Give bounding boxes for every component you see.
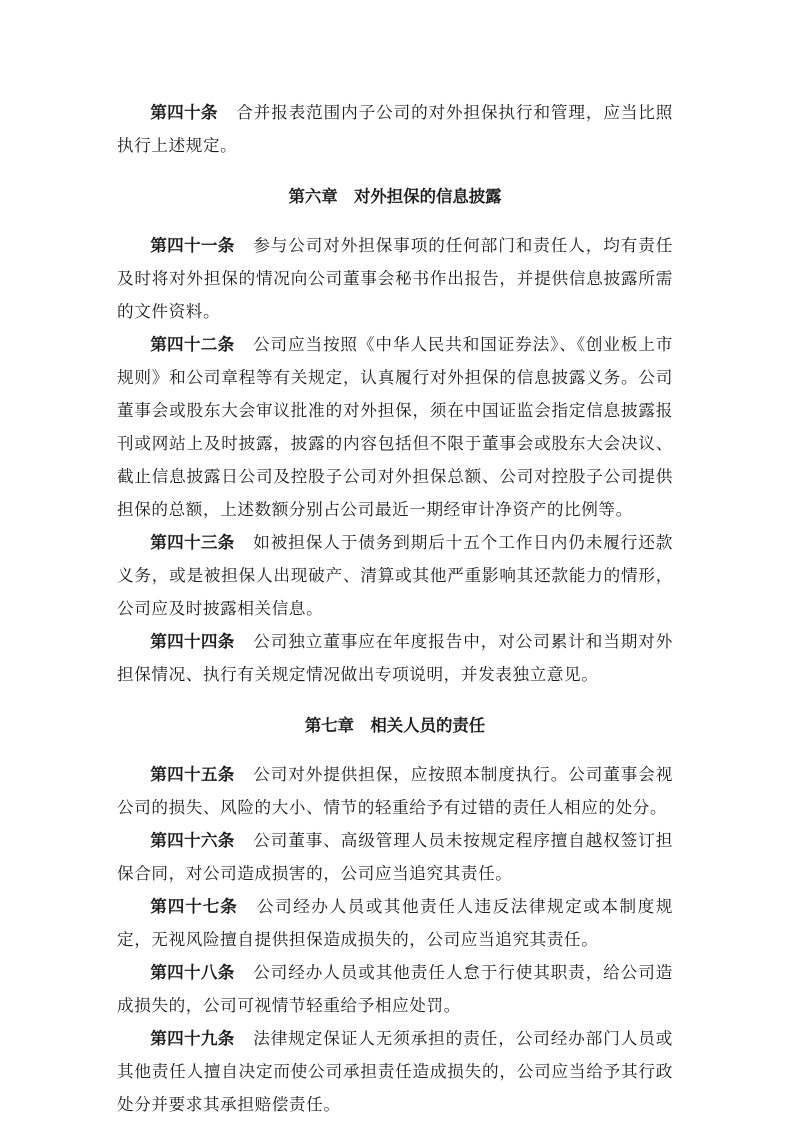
article-47: 第四十七条公司经办人员或其他责任人违反法律规定或本制度规定，无视风险擅自提供担保… [117,890,673,956]
article-44: 第四十四条公司独立董事应在年度报告中，对公司累计和当期对外担保情况、执行有关规定… [117,625,673,691]
article-42: 第四十二条公司应当按照《中华人民共和国证券法》、《创业板上市规则》和公司章程等有… [117,328,673,526]
article-43: 第四十三条如被担保人于债务到期后十五个工作日内仍未履行还款义务，或是被担保人出现… [117,526,673,625]
article-label: 第四十一条 [150,236,235,255]
article-label: 第四十六条 [150,831,235,850]
chapter-6-heading: 第六章对外担保的信息披露 [117,180,673,213]
article-label: 第四十四条 [150,632,235,651]
article-label: 第四十二条 [150,335,234,354]
article-45: 第四十五条公司对外提供担保，应按照本制度执行。公司董事会视公司的损失、风险的大小… [117,758,673,824]
article-46: 第四十六条公司董事、高级管理人员未按规定程序擅自越权签订担保合同，对公司造成损害… [117,824,673,890]
document-page: 第四十条合并报表范围内子公司的对外担保执行和管理，应当比照执行上述规定。 第六章… [117,96,673,1121]
chapter-title: 对外担保的信息披露 [354,187,502,206]
article-label: 第四十五条 [150,765,235,784]
chapter-title: 相关人员的责任 [370,716,485,735]
article-41: 第四十一条参与公司对外担保事项的任何部门和责任人，均有责任及时将对外担保的情况向… [117,229,673,328]
article-label: 第四十条 [150,103,218,122]
article-40: 第四十条合并报表范围内子公司的对外担保执行和管理，应当比照执行上述规定。 [117,96,673,162]
article-label: 第四十九条 [150,1029,235,1048]
chapter-7-heading: 第七章相关人员的责任 [117,709,673,742]
article-48: 第四十八条公司经办人员或其他责任人怠于行使其职责，给公司造成损失的，公司可视情节… [117,956,673,1022]
article-49: 第四十九条法律规定保证人无须承担的责任，公司经办部门人员或其他责任人擅自决定而使… [117,1022,673,1121]
article-label: 第四十七条 [150,897,238,916]
article-label: 第四十三条 [150,533,235,552]
chapter-number: 第七章 [305,716,354,735]
article-text: 公司应当按照《中华人民共和国证券法》、《创业板上市规则》和公司章程等有关规定，认… [117,335,673,519]
chapter-number: 第六章 [288,187,337,206]
article-label: 第四十八条 [150,963,235,982]
